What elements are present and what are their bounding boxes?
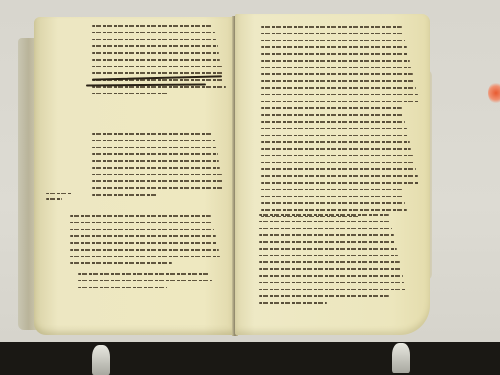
handwritten-line (70, 242, 217, 244)
handwritten-line (261, 53, 408, 55)
handwritten-line (261, 67, 411, 69)
handwritten-line (261, 155, 413, 157)
handwritten-line (261, 107, 402, 109)
handwritten-line (92, 72, 223, 74)
handwritten-line (46, 198, 62, 199)
handwritten-line (261, 182, 419, 184)
handwritten-line (261, 87, 416, 89)
handwritten-line (70, 262, 172, 264)
right-paragraph-1 (261, 26, 421, 223)
handwritten-line (261, 135, 408, 137)
right-paragraph-2 (259, 214, 407, 309)
handwritten-line (261, 141, 410, 143)
handwritten-line (92, 147, 216, 149)
handwritten-line (261, 40, 405, 42)
handwritten-line (259, 234, 394, 236)
handwritten-line (259, 241, 395, 243)
handwritten-line (92, 25, 213, 27)
handwritten-line (259, 221, 391, 223)
handwritten-line (259, 214, 389, 216)
handwritten-line (261, 196, 403, 198)
handwritten-line (92, 194, 158, 196)
handwritten-line (261, 121, 405, 123)
handwritten-line (261, 33, 403, 35)
left-paragraph-1 (92, 25, 230, 100)
handwritten-line (78, 280, 212, 282)
handwritten-line (259, 275, 403, 277)
handwritten-line (70, 215, 211, 217)
left-paragraph-3 (70, 215, 230, 269)
handwritten-line (92, 160, 219, 162)
margin-note (46, 193, 76, 207)
handwritten-line (259, 228, 392, 230)
handwritten-line (261, 175, 418, 177)
handwritten-line (259, 268, 401, 270)
handwritten-line (261, 80, 415, 82)
handwritten-line (92, 32, 215, 34)
handwritten-line (92, 59, 220, 61)
handwritten-line (261, 73, 413, 75)
handwritten-line (92, 167, 220, 169)
handwritten-line (259, 282, 404, 284)
handwritten-line (92, 93, 168, 95)
handwritten-line (92, 52, 219, 54)
handwritten-line (261, 114, 403, 116)
left-paragraph-2 (92, 133, 230, 201)
handwritten-line (46, 193, 72, 194)
handwritten-line (261, 60, 410, 62)
red-stamp-mark (488, 82, 500, 104)
handwritten-line (261, 189, 402, 191)
handwritten-line (261, 148, 411, 150)
handwritten-line (261, 202, 405, 204)
handwritten-line (92, 45, 218, 47)
handwritten-line (259, 302, 327, 304)
handwritten-line (78, 273, 210, 275)
handwritten-line (259, 289, 406, 291)
handwritten-line (261, 168, 416, 170)
handwritten-line (92, 174, 222, 176)
handwritten-line (261, 128, 407, 130)
handwritten-line (78, 287, 167, 289)
handwritten-line (261, 162, 415, 164)
handwritten-line (70, 229, 214, 231)
handwritten-line (261, 101, 419, 103)
left-support-foot (92, 345, 110, 375)
handwritten-line (92, 39, 216, 41)
handwritten-line (261, 209, 407, 211)
handwritten-line (92, 180, 223, 182)
handwritten-line (70, 222, 212, 224)
handwritten-line (261, 26, 402, 28)
handwritten-line (92, 133, 213, 135)
handwritten-line (261, 94, 418, 96)
handwritten-line (92, 153, 218, 155)
handwritten-line (259, 261, 400, 263)
handwritten-line (259, 255, 398, 257)
handwritten-line (261, 46, 407, 48)
handwritten-line (259, 295, 389, 297)
handwritten-line (92, 66, 222, 68)
right-page (235, 14, 430, 335)
handwritten-line (70, 256, 220, 258)
handwritten-line (92, 187, 224, 189)
handwritten-line (92, 140, 215, 142)
left-paragraph-4 (78, 273, 228, 293)
handwritten-line (70, 249, 219, 251)
right-support-foot (392, 343, 410, 373)
left-page (34, 17, 234, 335)
handwritten-line (70, 235, 216, 237)
floor (0, 342, 500, 375)
handwritten-line (259, 248, 397, 250)
